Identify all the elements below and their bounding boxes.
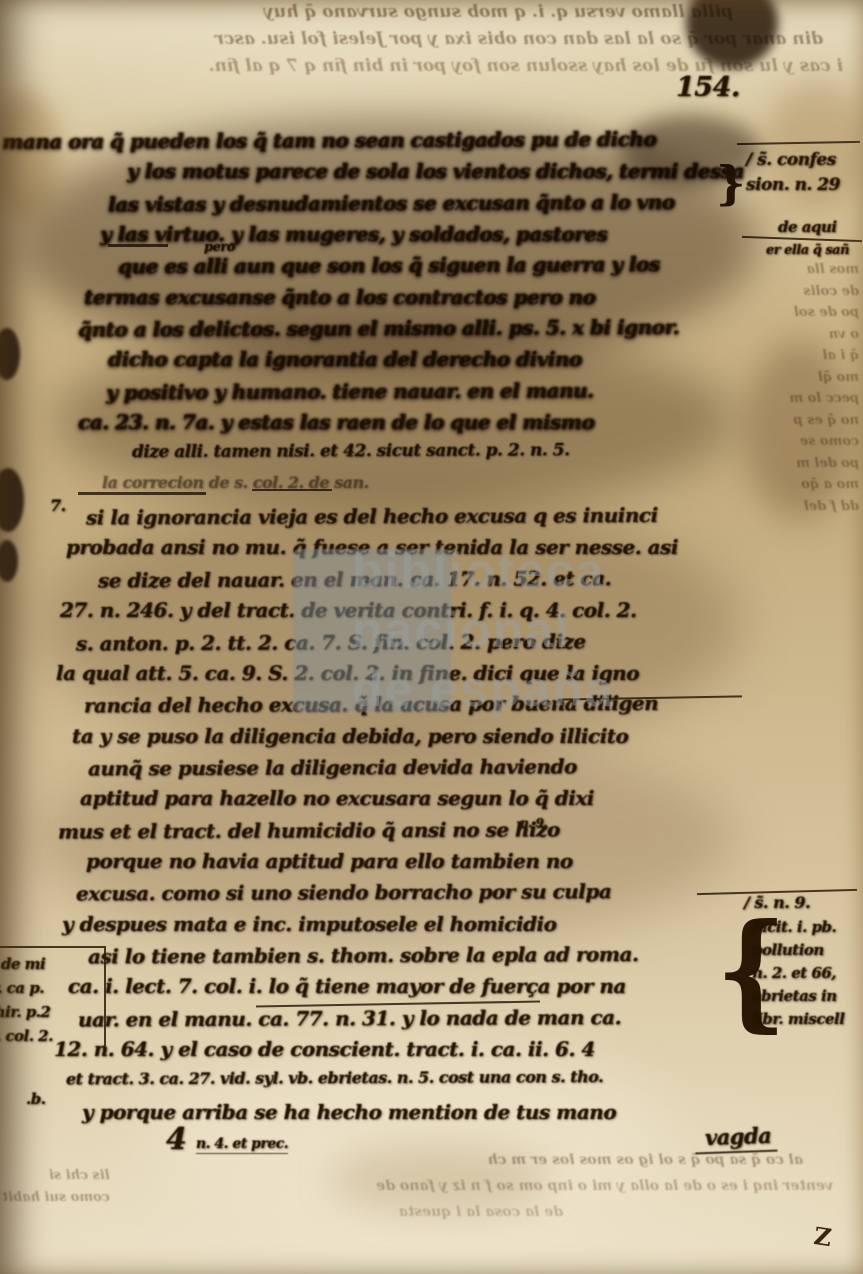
text-line: et tract. 3. ca. 27. vid. syl. vb. ebrie… <box>66 1067 767 1101</box>
interlinear-word-n9: n. 9. <box>520 816 547 830</box>
margin-note-line: f. de mi <box>0 952 53 976</box>
text-line: y las virtuo. y las mugeres, y soldados,… <box>72 222 767 253</box>
page-tear <box>0 328 20 380</box>
text-line: 12. n. 64. y el caso de conscient. tract… <box>54 1037 767 1068</box>
margin-note-deaqui: de aqui <box>778 218 837 236</box>
text-line: se dize del nauar. en el man. ca. 17. n.… <box>72 565 767 599</box>
text-line: ta y se puso la diligencia debida, pero … <box>72 724 767 755</box>
text-line: excusa. como si uno siendo borracho por … <box>72 879 767 913</box>
margin-note-line: libr. miscell <box>752 1008 844 1031</box>
page-tear <box>0 540 18 582</box>
text-line: que es alli aun que son los q̃ siguen la… <box>72 252 767 286</box>
brace-glyph: } <box>716 156 746 210</box>
interlinear-word-pero: pero <box>204 240 235 255</box>
left-margin-note: f. de miir. ca p.chir. p.29. col. 2. <box>0 952 53 1048</box>
bleed-through-text-bottom: al co q̃ sa po q̃ s ol ig os mos los er … <box>0 1152 863 1230</box>
margin-note-pollution: facit. i. pb.pollutionn. 2. et 66,ebriet… <box>752 916 844 1031</box>
bleed-line: venter inq i es o de la olla y mi o inp … <box>0 1178 863 1204</box>
margin-note-line: n. 2. et 66, <box>752 962 844 985</box>
bleed-line: de la cosa la i questa <box>0 1204 863 1230</box>
margin-note-line: chir. p.2 <box>0 1000 53 1024</box>
footnote-mark: 4 <box>166 1122 186 1157</box>
margin-note-line: sion. n. 29 <box>746 173 840 198</box>
footnote-text: n. 4. et prec. <box>196 1136 288 1154</box>
text-line: las vistas y desnudamientos se excusan q… <box>72 189 767 223</box>
catchword: vagda <box>695 1123 778 1155</box>
text-line: q̃nto a los delictos. segun el mismo all… <box>72 315 767 349</box>
text-line: y los motus parece de sola los vientos d… <box>72 159 767 190</box>
folio-number: 154. <box>676 72 740 103</box>
text-line: aunq̃ se pusiese la diligencia devida ha… <box>72 753 767 787</box>
bleed-through-bottom-left: lis chi sicomo sui habit <box>2 1168 110 1212</box>
text-line: mana ora q̃ pueden los q̃ tam no sean ca… <box>2 126 767 161</box>
margin-note-line: 9. col. 2. <box>0 1024 53 1048</box>
text-line: porque no havia aptitud para ello tambie… <box>72 849 767 880</box>
section-number: 7. <box>50 496 66 515</box>
underline-stroke <box>108 244 168 247</box>
text-line: aptitud para hazello no excusara segun l… <box>72 786 767 817</box>
page-tear <box>0 468 24 532</box>
text-line: mus et el tract. del humicidio q̃ ansi n… <box>58 816 767 850</box>
text-line: y positivo y humano. tiene nauar. en el … <box>72 377 767 411</box>
text-line: probada ansi no mu. q̃ fuese a ser tenid… <box>66 535 767 566</box>
bleed-line: din anar por q̃ so la las dan con obis i… <box>0 29 863 56</box>
main-text-block: mana ora q̃ pueden los q̃ tam no sean ca… <box>72 128 767 1131</box>
bleed-line: al co q̃ sa po q̃ s ol ig os mos los er … <box>0 1152 863 1178</box>
text-line: y despues mata e inc. imputosele el homi… <box>62 912 767 943</box>
paragraph-rule <box>78 492 206 495</box>
margin-note-erella: er ella q̃ sañ <box>766 243 849 258</box>
bleed-through-text-top: pilla llamo versu q. i. q mob sungo surv… <box>0 2 863 83</box>
text-line: ca. 23. n. 7a. y estas las raen de lo qu… <box>72 410 767 441</box>
text-line: la qual att. 5. ca. 9. S. 2. col. 2. in … <box>56 661 767 692</box>
left-margin-note-b: .b. <box>26 1090 45 1108</box>
text-line: dize alli. tamen nisi. et 42. sicut sanc… <box>72 440 767 474</box>
text-line: ca. i. lect. 7. col. i. lo q̃ tiene mayo… <box>68 974 767 1005</box>
text-line: termas excusanse q̃nto a los contractos … <box>72 285 767 316</box>
margin-note-line: facit. i. pb. <box>752 916 844 939</box>
text-line: la correcion de s. col. 2. de san. <box>72 473 767 504</box>
bottom-mark: Z <box>812 1221 833 1252</box>
margin-note-confession: / s̃. confession. n. 29 <box>746 148 840 198</box>
margin-note-line: ir. ca p. <box>0 976 53 1000</box>
paragraph-rule <box>252 489 332 491</box>
margin-note-line: / s̃. confes <box>746 148 840 173</box>
text-line: asi lo tiene tambien s. thom. sobre la e… <box>72 941 767 975</box>
manuscript-page: pilla llamo versu q. i. q mob sungo surv… <box>0 0 863 1274</box>
text-line: dicho capta la ignorantia del derecho di… <box>72 347 767 378</box>
margin-note-line: ebrietas in <box>752 985 844 1008</box>
text-line: uar. en el manu. ca. 77. n. 31. y lo nad… <box>72 1004 767 1038</box>
bleed-line: como sui habit <box>2 1190 110 1212</box>
bleed-line: pilla llamo versu q. i. q mob sungo surv… <box>0 2 863 29</box>
text-line: si la ignorancia vieja es del hecho excu… <box>72 503 767 537</box>
text-line: s. anton. p. 2. tt. 2. ca. 7. S. fin. co… <box>72 628 767 662</box>
margin-note-line: pollution <box>752 939 844 962</box>
bleed-line: lis chi si <box>2 1168 110 1190</box>
text-line: 27. n. 246. y del tract. de verita contr… <box>60 598 767 629</box>
